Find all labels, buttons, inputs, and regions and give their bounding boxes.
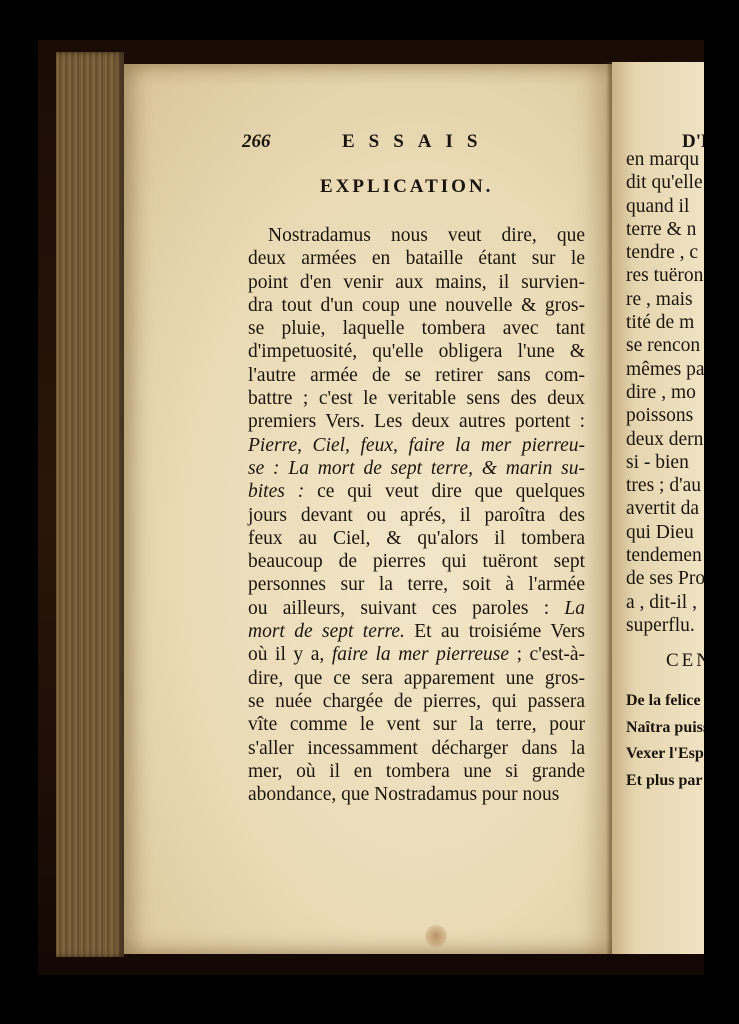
text-line: qui Dieu bbox=[626, 521, 705, 544]
verse-line: Et plus par bbox=[626, 768, 709, 795]
text-line: abondance, que Nostradamus pour nous bbox=[248, 783, 585, 806]
text-line: battre ; c'est le veritable sens des deu… bbox=[248, 387, 585, 410]
text-line: où il y a, faire la mer pierreuse ; c'es… bbox=[248, 643, 585, 666]
text-line: jours devant ou aprés, il paroîtra des bbox=[248, 504, 585, 527]
running-head: 266 ESSAIS bbox=[242, 131, 587, 157]
text-line: bites : ce qui veut dire que quelques bbox=[248, 480, 585, 503]
text-line: mort de sept terre. Et au troisiéme Vers bbox=[248, 620, 585, 643]
section-title: EXPLICATION. bbox=[320, 176, 493, 198]
text-line: de ses Pro bbox=[626, 567, 705, 590]
page-fore-edge bbox=[56, 52, 124, 957]
text-line: poissons bbox=[626, 404, 705, 427]
text-line: se nuée chargée de pierres, qui passera bbox=[248, 690, 585, 713]
text-line: Nostradamus nous veut dire, que bbox=[248, 224, 585, 247]
running-title: ESSAIS bbox=[342, 131, 492, 153]
text-line: se rencon bbox=[626, 334, 705, 357]
quatrain-verse: De la feliceNaîtra puissVexer l'EspEt pl… bbox=[626, 688, 709, 794]
text-line: quand il bbox=[626, 195, 705, 218]
text-line: d'impetuosité, qu'elle obligera l'une & bbox=[248, 340, 585, 363]
text-line: superflu. bbox=[626, 614, 705, 637]
text-line: ou ailleurs, suivant ces paroles : La bbox=[248, 597, 585, 620]
text-line: l'autre armée de se retirer sans com- bbox=[248, 364, 585, 387]
text-line: dra tout d'un coup une nouvelle & gros- bbox=[248, 294, 585, 317]
text-line: tendre , c bbox=[626, 241, 705, 264]
text-line: s'aller incessamment décharger dans la bbox=[248, 737, 585, 760]
verse-line: Vexer l'Esp bbox=[626, 741, 709, 768]
verse-line: Naîtra puiss bbox=[626, 715, 709, 742]
text-line: en marqu bbox=[626, 148, 705, 171]
text-line: tendemen bbox=[626, 544, 705, 567]
text-line: re , mais bbox=[626, 288, 705, 311]
text-line: dire , mo bbox=[626, 381, 705, 404]
text-line: a , dit-il , bbox=[626, 591, 705, 614]
paper-stain bbox=[425, 925, 447, 947]
text-line: res tuëron bbox=[626, 264, 705, 287]
text-line: se : La mort de sept terre, & marin su- bbox=[248, 457, 585, 480]
text-line: terre & n bbox=[626, 218, 705, 241]
right-margin-shadow bbox=[704, 0, 739, 1024]
text-line: point d'en venir aux mains, il survien- bbox=[248, 271, 585, 294]
text-line: se pluie, laquelle tombera avec tant bbox=[248, 317, 585, 340]
text-line: dire, que ce sera apparement une gros- bbox=[248, 667, 585, 690]
body-text: Nostradamus nous veut dire, quedeux armé… bbox=[248, 224, 585, 806]
text-line: premiers Vers. Les deux autres portent : bbox=[248, 410, 585, 433]
text-line: dit qu'elle bbox=[626, 171, 705, 194]
text-line: personnes sur la terre, soit à l'armée bbox=[248, 573, 585, 596]
text-line: mer, où il en tombera une si grande bbox=[248, 760, 585, 783]
text-line: vîte comme le vent sur la terre, pour bbox=[248, 713, 585, 736]
text-line: tres ; d'au bbox=[626, 474, 705, 497]
text-line: si - bien bbox=[626, 451, 705, 474]
text-line: deux armées en bataille étant sur le bbox=[248, 247, 585, 270]
verse-line: De la felice bbox=[626, 688, 709, 715]
text-line: feux au Ciel, & qu'alors il tombera bbox=[248, 527, 585, 550]
text-line: tité de m bbox=[626, 311, 705, 334]
text-line: mêmes pa bbox=[626, 358, 705, 381]
page-number: 266 bbox=[242, 131, 271, 153]
text-line: beaucoup de pierres qui tuëront sept bbox=[248, 550, 585, 573]
right-page-text: en marqudit qu'ellequand ilterre & ntend… bbox=[626, 148, 705, 637]
text-line: Pierre, Ciel, feux, faire la mer pierreu… bbox=[248, 434, 585, 457]
text-line: avertit da bbox=[626, 497, 705, 520]
text-line: deux dern bbox=[626, 428, 705, 451]
